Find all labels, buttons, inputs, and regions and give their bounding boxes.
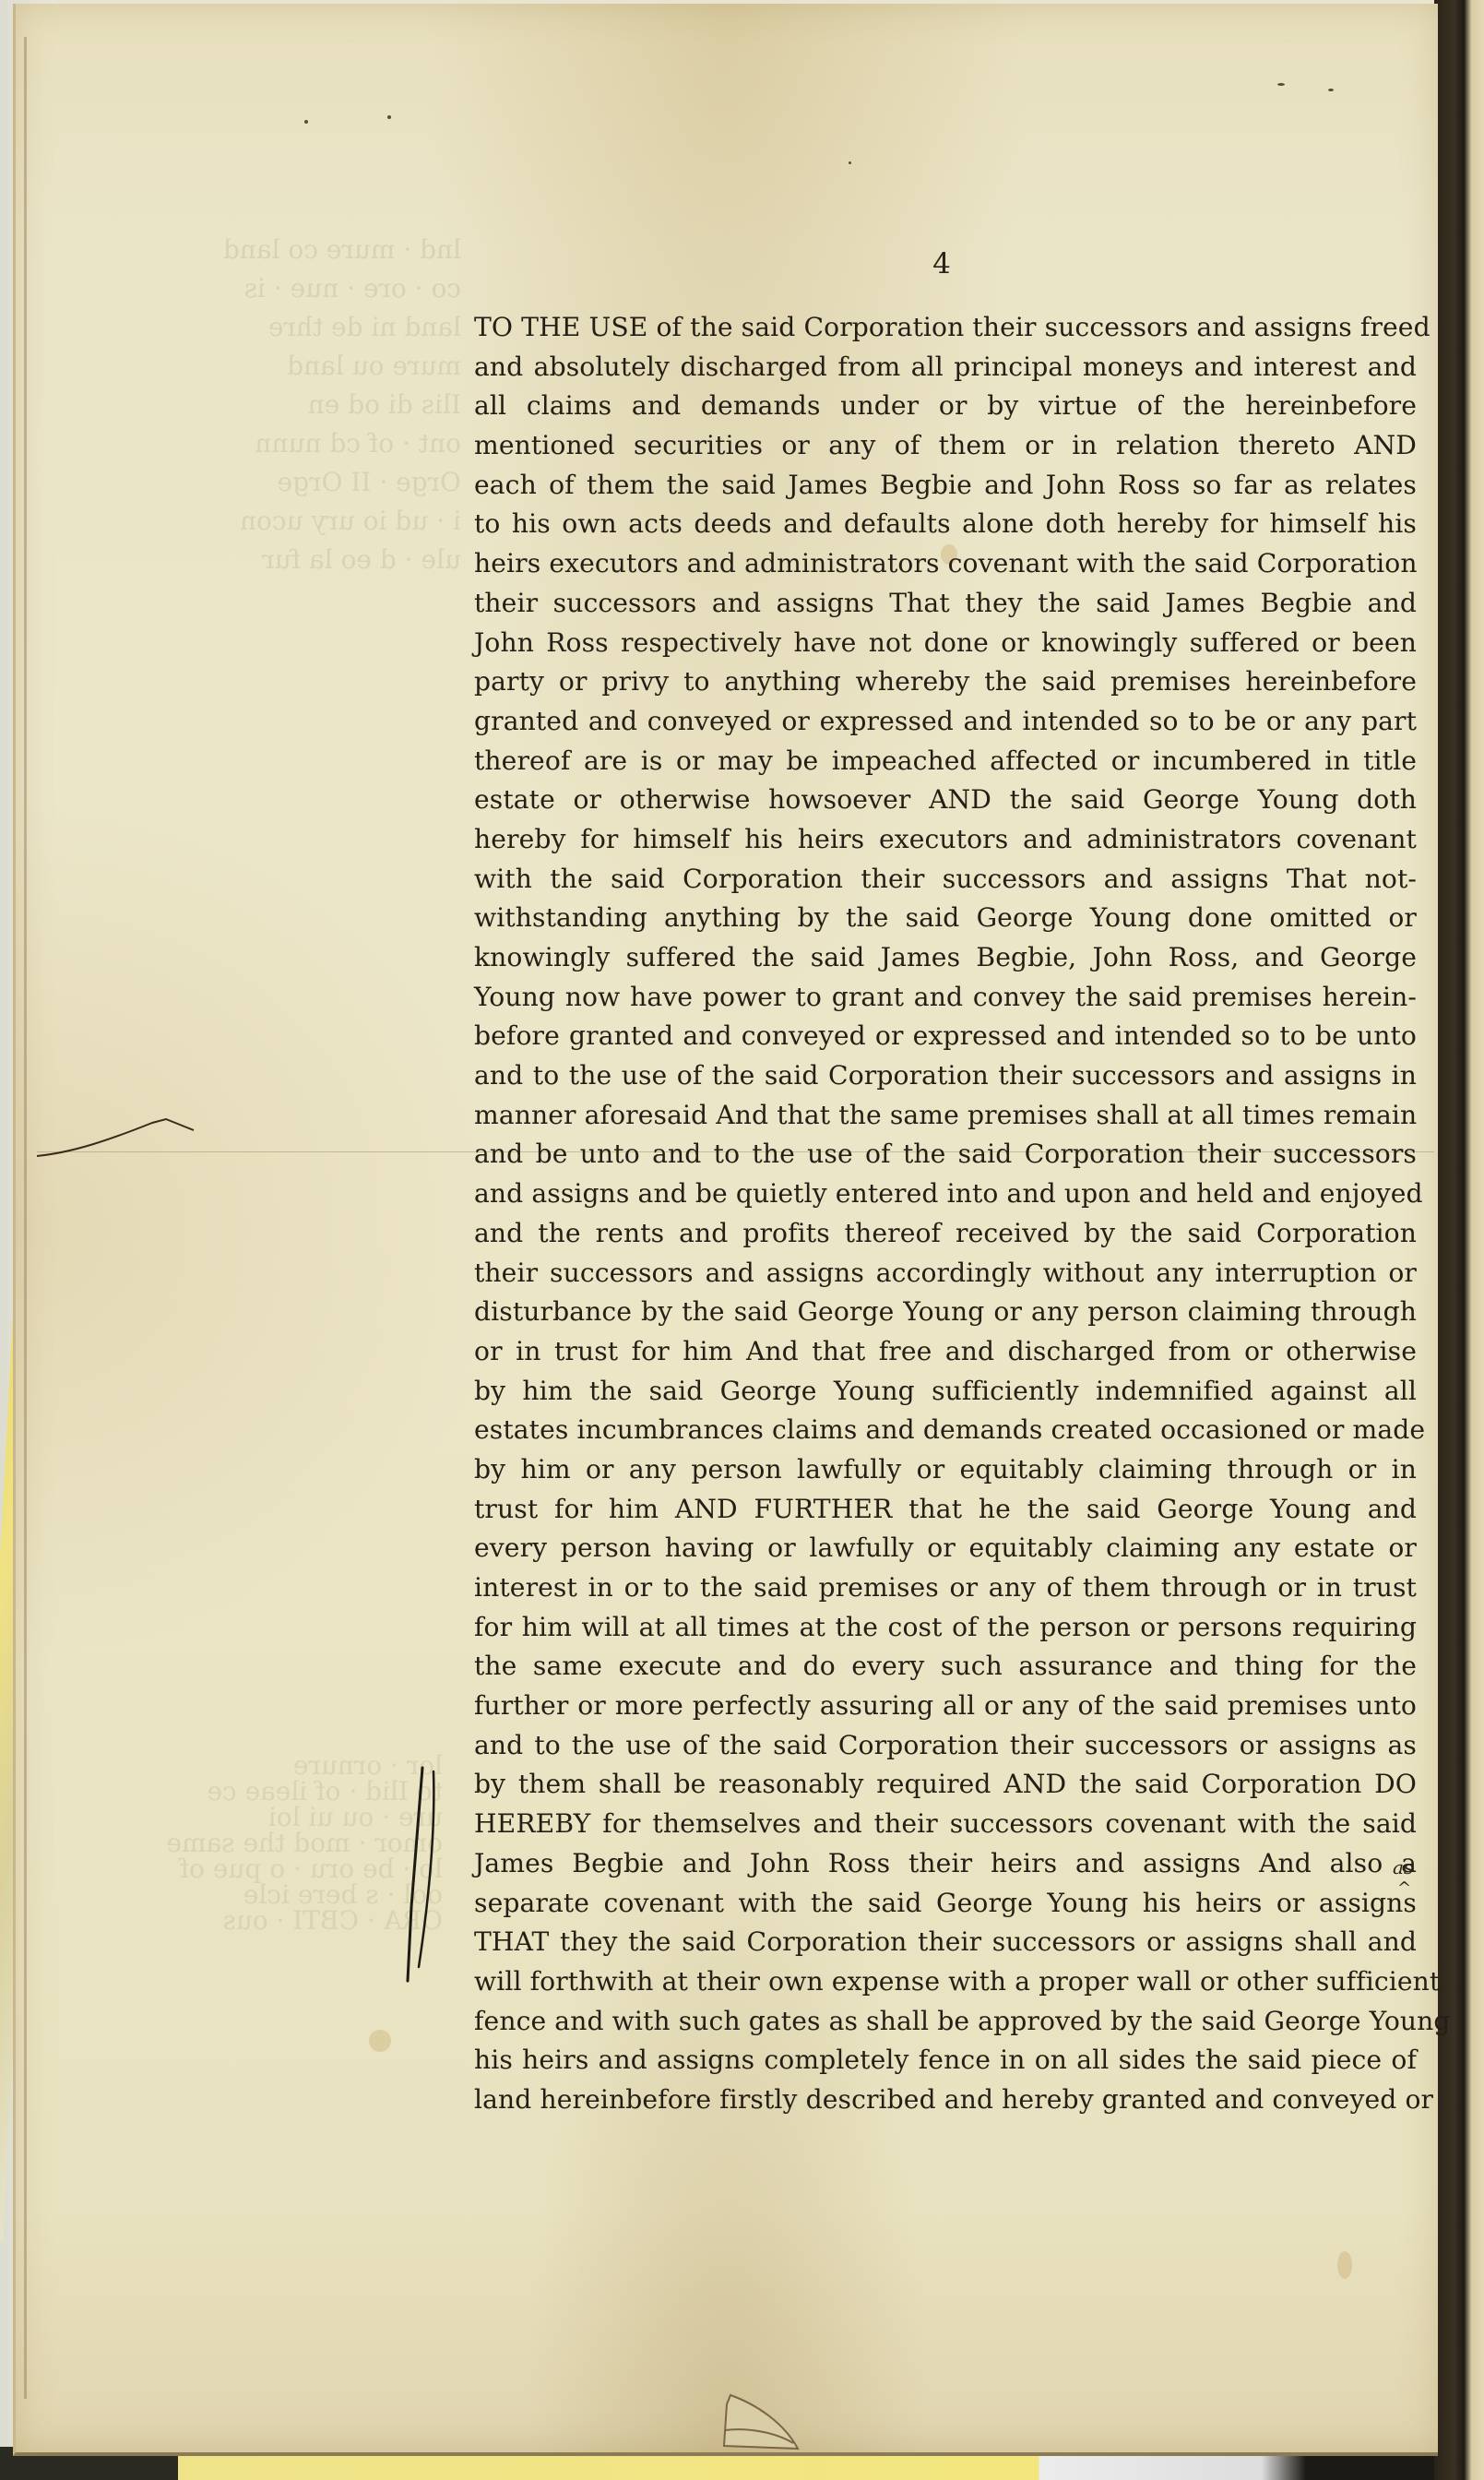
text-line: disturbance by the said George Young or … (474, 1293, 1417, 1332)
text-line: knowingly suffered the said James Begbie… (474, 938, 1417, 978)
text-line: every person having or lawfully or equit… (474, 1529, 1417, 1568)
page-fold-line (24, 37, 27, 2399)
text-line: heirs executors and administrators coven… (474, 544, 1417, 584)
text-line: separate covenant with the said George Y… (474, 1884, 1417, 1924)
handwritten-margin-mark (402, 1764, 439, 1995)
text-line: his heirs and assigns completely fence i… (474, 2041, 1417, 2081)
text-line: TO THE USE of the said Corporation their… (474, 308, 1417, 348)
paper-speck (387, 115, 391, 119)
paper-speck (849, 161, 851, 164)
text-line: the same execute and do every such assur… (474, 1647, 1417, 1687)
text-line: for him will at all times at the cost of… (474, 1608, 1417, 1648)
text-line: HEREBY for themselves and their successo… (474, 1805, 1417, 1844)
text-line: withstanding anything by the said George… (474, 899, 1417, 938)
text-line: and to the use of the said Corporation t… (474, 1056, 1417, 1096)
document-body: TO THE USE of the said Corporation their… (474, 308, 1417, 2120)
text-line: and absolutely discharged from all princ… (474, 348, 1417, 387)
text-line: or in trust for him And that free and di… (474, 1332, 1417, 1372)
text-line: party or privy to anything whereby the s… (474, 662, 1417, 702)
text-line: all claims and demands under or by virtu… (474, 387, 1417, 426)
text-line: fence and with such gates as shall be ap… (474, 2002, 1417, 2042)
text-line: their successors and assigns accordingly… (474, 1254, 1417, 1294)
text-line: before granted and conveyed or expressed… (474, 1017, 1417, 1056)
text-line: THAT they the said Corporation their suc… (474, 1923, 1417, 1962)
text-line: mentioned securities or any of them or i… (474, 426, 1417, 466)
text-line: granted and conveyed or expressed and in… (474, 702, 1417, 742)
bleed-through-text: lnd · mure co landco · ore · nue · islan… (184, 231, 461, 932)
foxing-stain (369, 2030, 391, 2052)
text-line: by him the said George Young sufficientl… (474, 1372, 1417, 1412)
text-line: John Ross respectively have not done or … (474, 624, 1417, 663)
handwritten-insertion: as (1393, 1856, 1413, 1878)
bottom-paper-tear (719, 2386, 802, 2450)
page-number: 4 (928, 247, 956, 280)
bleed-through-text-lower: lor · ornureto Ilid · of ileae ceure · o… (148, 1753, 443, 2030)
text-line: further or more perfectly assuring all o… (474, 1687, 1417, 1726)
text-line: and to the use of the said Corporation t… (474, 1726, 1417, 1766)
text-line: their successors and assigns That they t… (474, 584, 1417, 624)
text-line: thereof are is or may be impeached affec… (474, 742, 1417, 781)
text-line: to his own acts deeds and defaults alone… (474, 505, 1417, 544)
paper-tear (37, 1112, 203, 1158)
text-line: with the said Corporation their successo… (474, 860, 1417, 900)
text-line: interest in or to the said premises or a… (474, 1568, 1417, 1608)
text-line: land hereinbefore firstly described and … (474, 2081, 1417, 2120)
text-line: and be unto and to the use of the said C… (474, 1135, 1417, 1174)
foxing-stain (1337, 2251, 1352, 2279)
text-line: and assigns and be quietly entered into … (474, 1174, 1417, 1214)
insertion-caret: ^ (1397, 1878, 1411, 1898)
text-line: by them shall be reasonably required AND… (474, 1765, 1417, 1805)
text-line: trust for him AND FURTHER that he the sa… (474, 1490, 1417, 1530)
text-line: hereby for himself his heirs executors a… (474, 820, 1417, 860)
text-line: James Begbie and John Ross their heirs a… (474, 1844, 1417, 1884)
text-line: manner aforesaid And that the same premi… (474, 1096, 1417, 1136)
text-line: each of them the said James Begbie and J… (474, 466, 1417, 506)
paper-speck (1328, 89, 1334, 91)
paper-speck (304, 120, 308, 124)
text-line: estates incumbrances claims and demands … (474, 1411, 1417, 1450)
text-line: and the rents and profits thereof receiv… (474, 1214, 1417, 1254)
text-line: estate or otherwise howsoever AND the sa… (474, 781, 1417, 820)
text-line: Young now have power to grant and convey… (474, 978, 1417, 1018)
paper-speck (1277, 83, 1285, 86)
book-binding (1434, 0, 1484, 2480)
text-line: by him or any person lawfully or equitab… (474, 1450, 1417, 1490)
text-line: will forthwith at their own expense with… (474, 1962, 1417, 2002)
